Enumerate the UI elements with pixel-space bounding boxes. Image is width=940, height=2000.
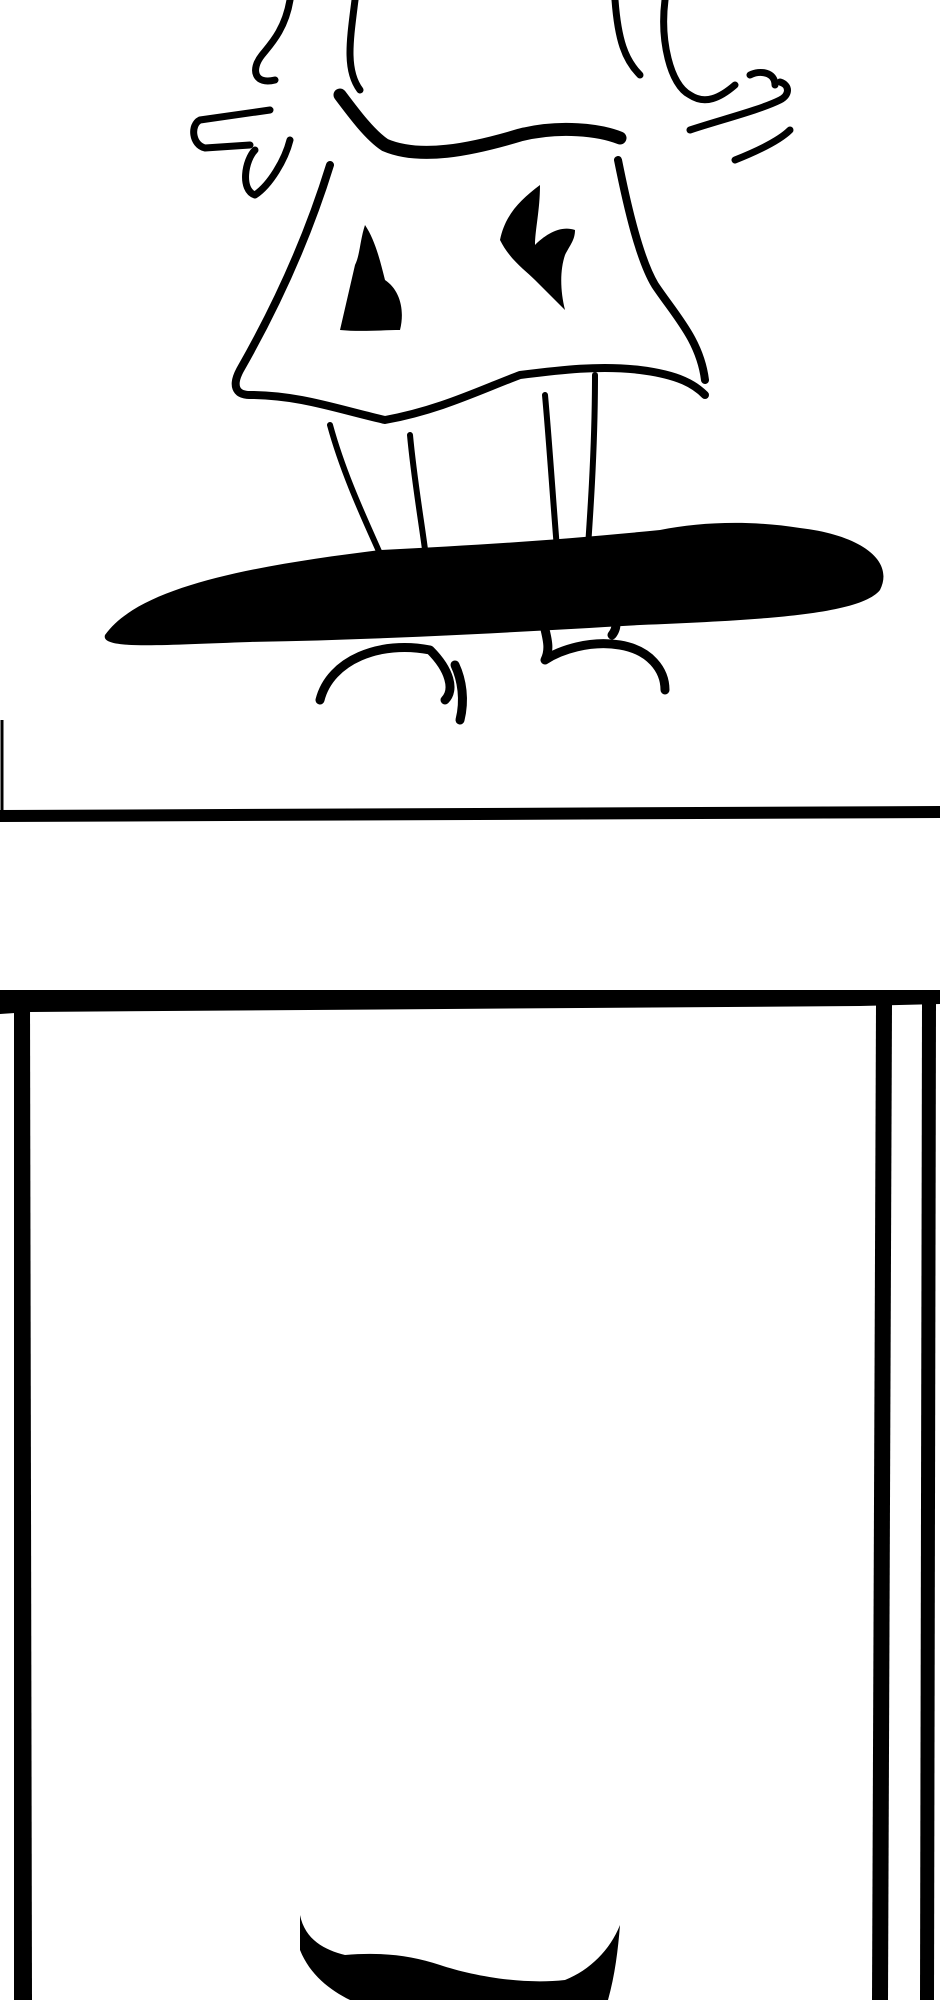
comic-panel-bottom: Empty bordered panel with a curved brush… bbox=[0, 990, 940, 2000]
comic-panel-top: Lower half of a cartoon girl in a dress … bbox=[0, 0, 940, 830]
panel-border-right-outer bbox=[920, 1004, 936, 2000]
brush-stroke bbox=[300, 1915, 620, 2000]
dress-skirt bbox=[236, 160, 705, 420]
panel-gutter bbox=[0, 830, 940, 990]
girl-illustration bbox=[0, 0, 940, 830]
panel-border-top bbox=[0, 990, 940, 1014]
panel-border-right bbox=[872, 1004, 892, 2000]
heart-pattern-left bbox=[340, 225, 402, 331]
ground-shadow bbox=[105, 523, 884, 645]
girl-figure-outline bbox=[194, 0, 790, 195]
dress-waistline bbox=[340, 95, 620, 152]
panel-divider-line bbox=[0, 800, 940, 830]
bottom-panel-frame bbox=[0, 990, 940, 2000]
panel-border-left bbox=[14, 1000, 32, 2000]
heart-pattern-right bbox=[500, 185, 575, 310]
